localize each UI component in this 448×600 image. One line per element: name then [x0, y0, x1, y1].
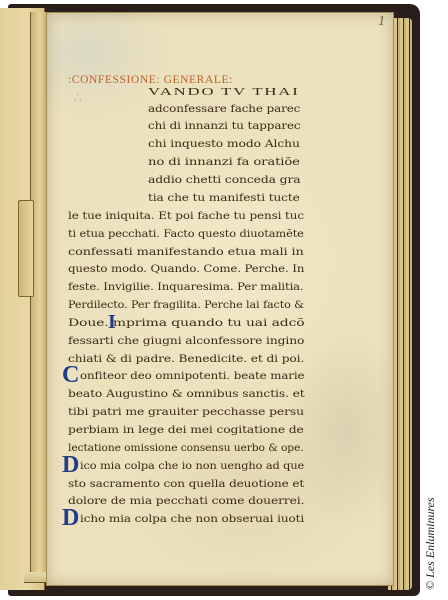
manuscript-line: adconfessare fache parec	[148, 104, 300, 115]
manuscript-line: fessarti che giugni alconfessore ingino	[68, 336, 304, 347]
paraph-mark: ⸫	[74, 90, 81, 103]
manuscript-line: chi inquesto modo Alchu	[148, 139, 300, 150]
manuscript-line: sto sacramento con quella deuotione et	[68, 479, 304, 490]
binding-top-edge	[0, 0, 448, 10]
manuscript-line: VANDO TV THAI	[148, 86, 300, 98]
manuscript-line: chi di innanzi tu tapparec	[148, 121, 300, 132]
manuscript-line: le tue iniquita. Et poi fache tu pensi t…	[68, 211, 304, 222]
rubric-title: :CONFESSIONE: GENERALE:	[68, 74, 233, 86]
blue-initial-i: I	[108, 311, 116, 334]
manuscript-line: Doue. mprima quando tu uai adcõ	[68, 318, 305, 329]
manuscript-line: icho mia colpa che non obseruai iuoti	[80, 514, 304, 525]
blue-initial-d: D	[62, 505, 79, 532]
manuscript-line: questo modo. Quando. Come. Perche. In	[68, 264, 304, 275]
manuscript-line: tia che tu manifesti tucte	[148, 193, 300, 204]
manuscript-line: chiati & di padre. Benedicite. et di poi…	[68, 354, 304, 365]
manuscript-line: onfiteor deo omnipotenti. beate marie	[80, 371, 304, 382]
manuscript-photo: 1 :CONFESSIONE: GENERALE: ⸫ VANDO TV THA…	[0, 0, 448, 600]
flyleaf-tab	[18, 200, 34, 297]
manuscript-line: confessati manifestando etua mali in	[68, 247, 304, 258]
manuscript-line: feste. Invigilie. Inquaresima. Per malit…	[68, 282, 304, 293]
manuscript-line: perbiam in lege dei mei cogitatione de	[68, 425, 304, 436]
copyright-notice: © Les Enluminures	[423, 497, 438, 590]
manuscript-line: lectatione omissione consensu uerbo & op…	[68, 443, 304, 454]
manuscript-line: beato Augustino & omnibus sanctis. et	[68, 389, 305, 400]
blue-initial-d: D	[62, 452, 79, 479]
folio-number: 1	[378, 14, 386, 28]
manuscript-line: addio chetti conceda gra	[148, 175, 301, 186]
blue-initial-c: C	[62, 362, 79, 389]
manuscript-line: Perdilecto. Per fragilita. Perche lai fa…	[68, 300, 304, 311]
manuscript-line: tibi patri me grauiter pecchasse persu	[68, 407, 304, 418]
manuscript-line: ti etua pecchati. Facto questo diuotamẽt…	[68, 229, 304, 240]
manuscript-line: dolore de mia pecchati come douerrei.	[68, 496, 304, 507]
manuscript-line: no di innanzi fa oratiõe	[148, 157, 300, 168]
manuscript-line: ico mia colpa che io non uengho ad que	[80, 461, 304, 472]
